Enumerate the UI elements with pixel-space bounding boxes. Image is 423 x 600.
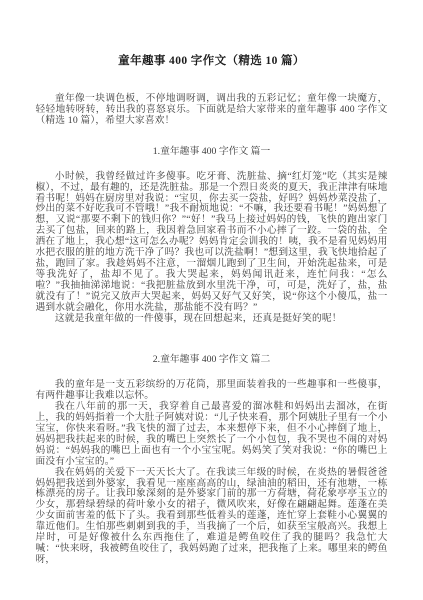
document-content: 童年趣事 400 字作文（精选 10 篇） 童年像一块调色板，不停地调呀调，调出… <box>36 0 388 566</box>
section-1-heading: 1.童年趣事 400 字作文 篇一 <box>36 143 388 157</box>
essay-section-2: 2.童年趣事 400 字作文 篇二 我的童年是一支五彩缤纷的万花筒，那里面装着我… <box>36 351 388 565</box>
section-1-paragraph-1: 小时候，我曾经做过许多傻事。吃牙膏、洗脏盐、摘“红灯笼”吃（其实是辣椒），不过，… <box>36 172 388 314</box>
section-1-paragraph-2: 这就是我童年做的一件傻事，现在回想起来，还真是挺好笑的呢！ <box>36 314 388 325</box>
section-2-paragraph-1: 我的童年是一支五彩缤纷的万花筒，那里面装着我的一些趣事和一些傻事，有两件趣事让我… <box>36 380 388 402</box>
document-title: 童年趣事 400 字作文（精选 10 篇） <box>36 52 388 68</box>
section-2-paragraph-3: 我在妈妈的关爱下一天天长大了。在我读三年级的时候，在炎热的暑假爸爸妈妈把我送到外… <box>36 468 388 566</box>
intro-paragraph: 童年像一块调色板，不停地调呀调，调出我的五彩记忆；童年像一块魔方，轻轻地转呀转，… <box>36 94 388 127</box>
section-2-heading: 2.童年趣事 400 字作文 篇二 <box>36 351 388 365</box>
document-page: 童年趣事 400 字作文（精选 10 篇） 童年像一块调色板，不停地调呀调，调出… <box>0 0 423 600</box>
section-2-paragraph-2: 我在八年前的那一天，我穿着自己最喜爱的溜冰鞋和妈妈出去溜冰，在街上，我的妈妈指着… <box>36 402 388 467</box>
essay-section-1: 1.童年趣事 400 字作文 篇一 小时候，我曾经做过许多傻事。吃牙膏、洗脏盐、… <box>36 143 388 325</box>
